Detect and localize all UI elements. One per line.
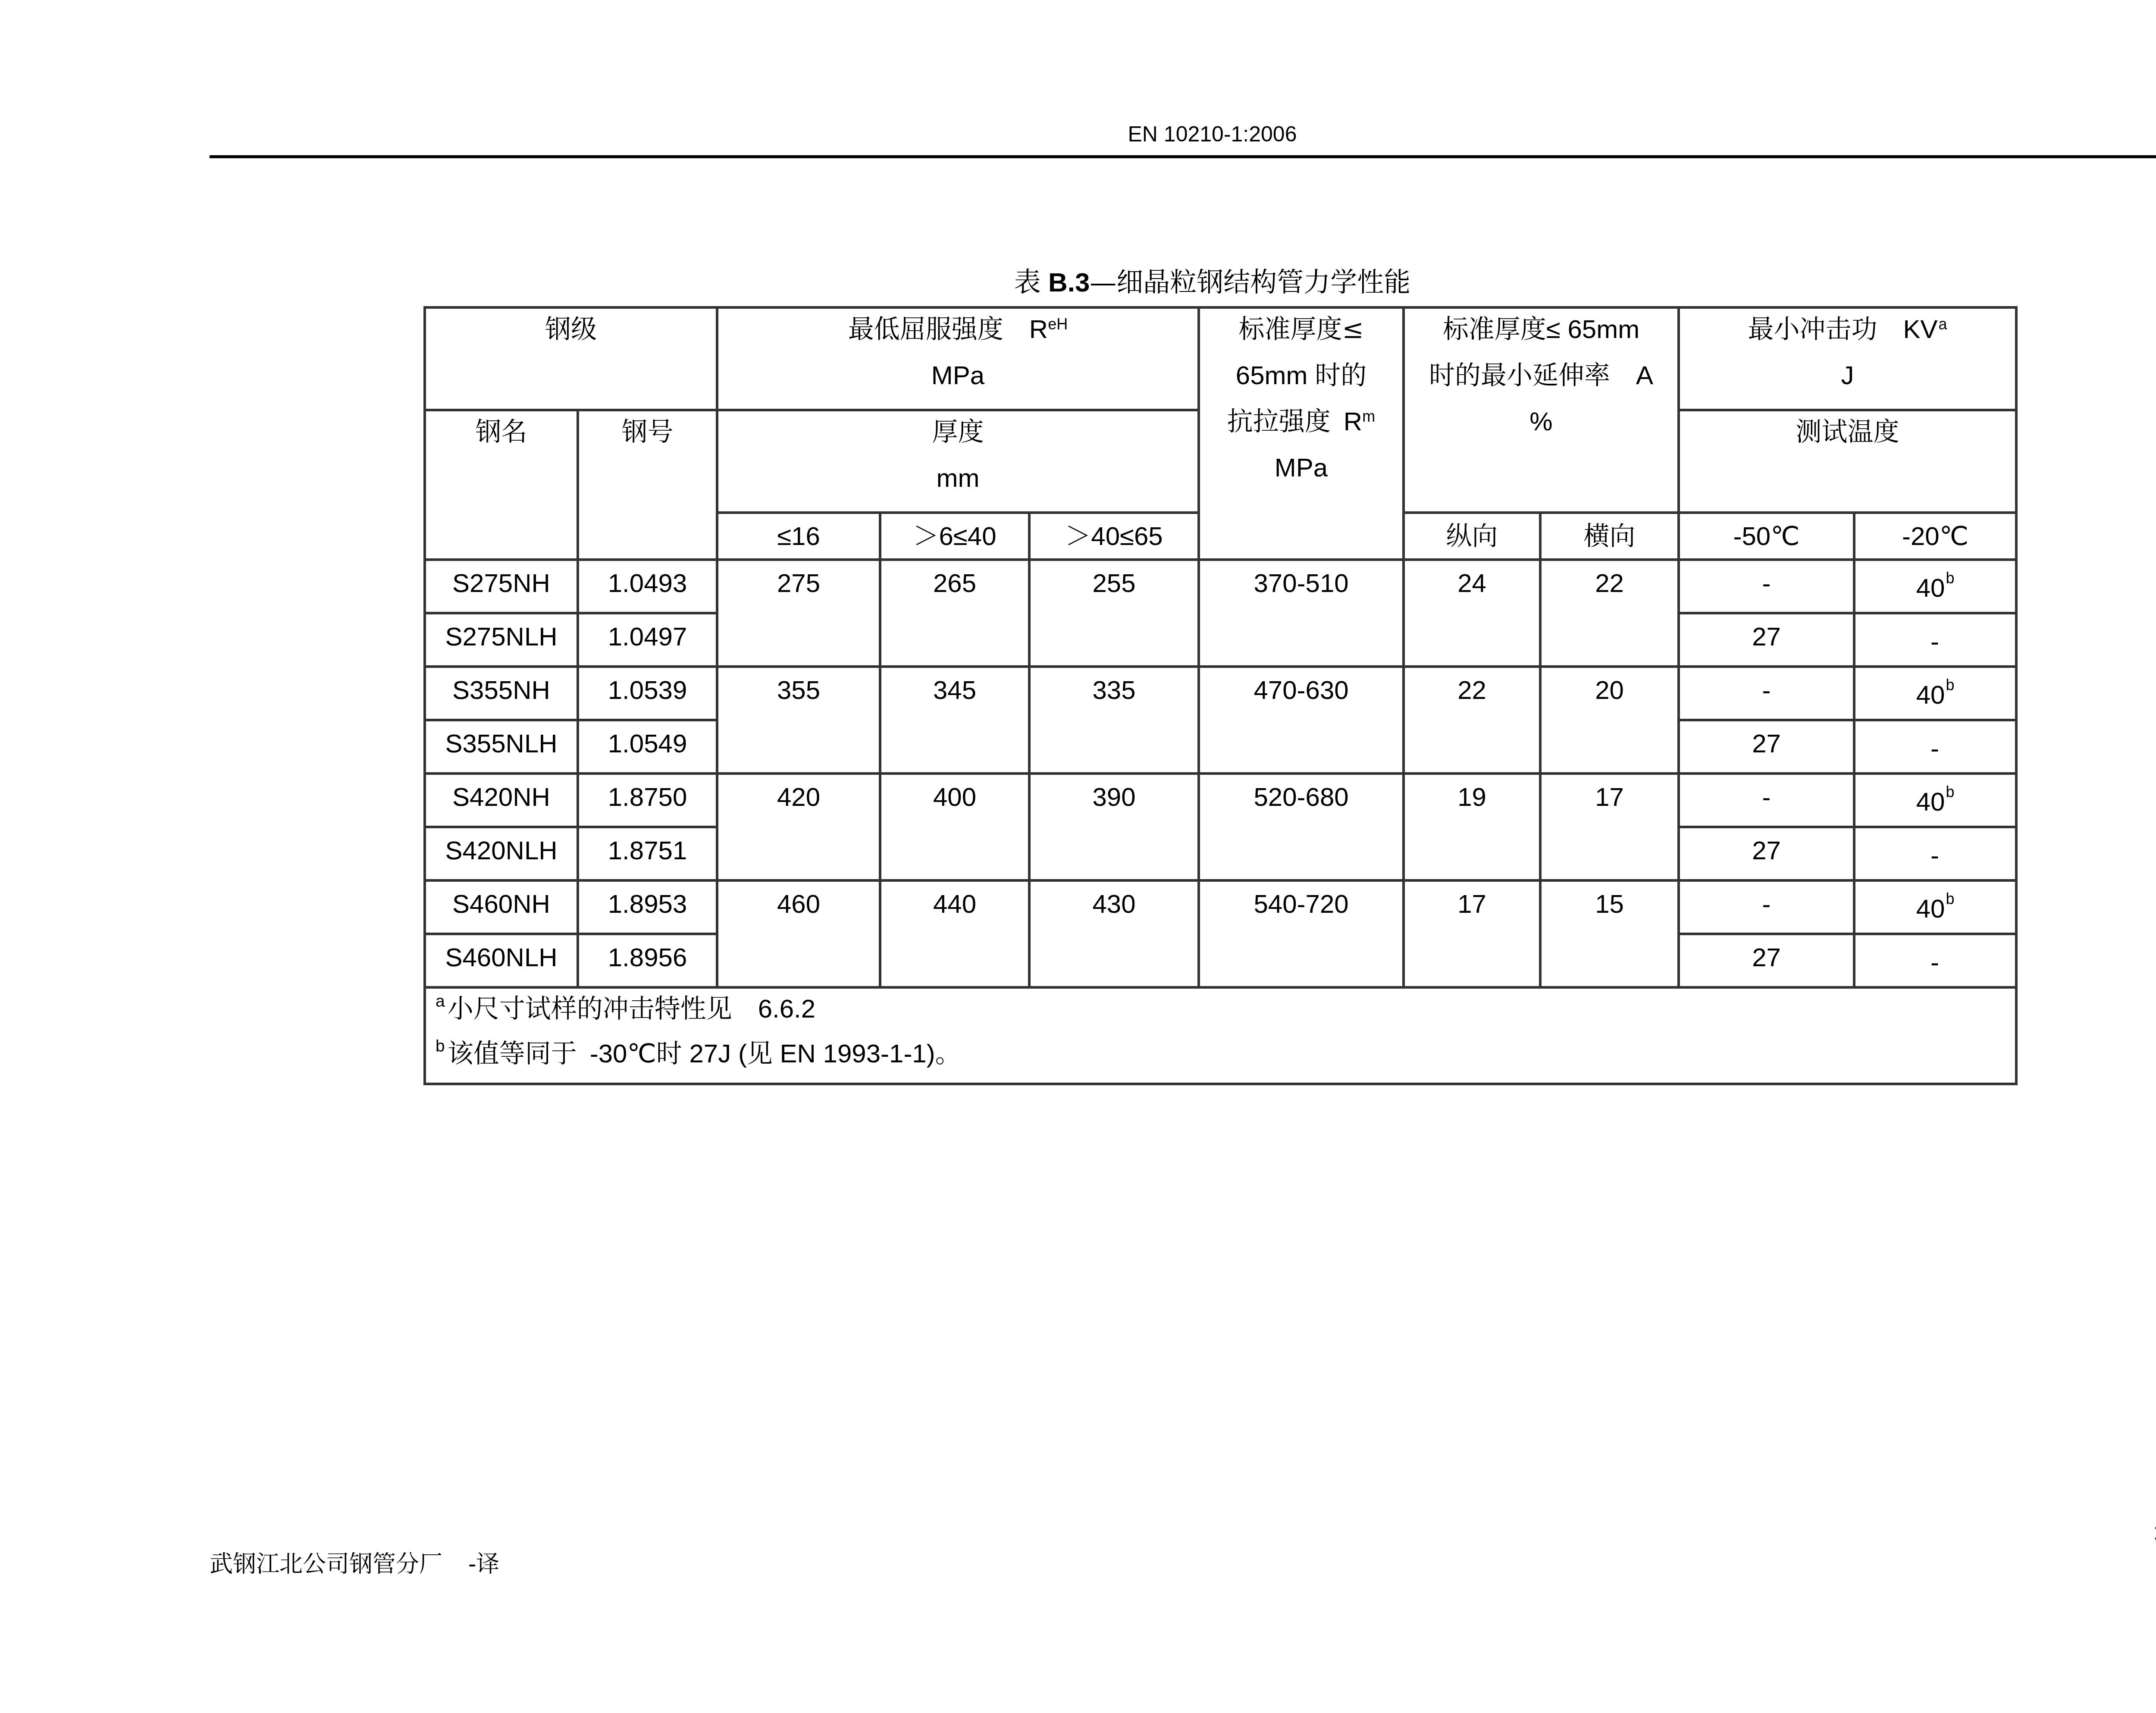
- header-min-elongation: 标准厚度≤ 65mm 时的最小延伸率A %: [1404, 307, 1679, 513]
- yield-strength-value: 420: [717, 774, 880, 880]
- document-header: EN 10210-1:2006: [0, 122, 2156, 147]
- tensile-strength-value: 470-630: [1199, 667, 1404, 774]
- notes-row: a小尺寸试样的冲击特性见6.6.2b该值等同于-30℃时 27J (见 EN 1…: [425, 987, 2016, 1084]
- footnote-mark: b: [1946, 890, 1954, 908]
- header-steel-grade: 钢级: [425, 307, 717, 410]
- impact-minus-20-value: 40b: [1854, 560, 2016, 613]
- header-rule: [210, 155, 2156, 158]
- yield-strength-value: 345: [880, 667, 1029, 774]
- footnote-mark: b: [1946, 783, 1954, 801]
- impact-minus-20-value: -: [1854, 613, 2016, 667]
- table-row: S460NH1.8953460440430540-7201715-40b: [425, 880, 2016, 934]
- steel-number: 1.8751: [578, 827, 717, 880]
- impact-minus-50-value: 27: [1679, 827, 1854, 880]
- tensile-strength-value: 520-680: [1199, 774, 1404, 880]
- header-min-yield-strength: 最低屈服强度ReH MPa: [717, 307, 1199, 410]
- yield-strength-value: 390: [1029, 774, 1199, 880]
- steel-name: S355NLH: [425, 720, 578, 774]
- steel-number: 1.8956: [578, 934, 717, 987]
- impact-minus-20-value: -: [1854, 934, 2016, 987]
- header-thickness-range-3: ＞40≤65: [1029, 513, 1199, 560]
- elongation-transverse-value: 15: [1540, 880, 1679, 987]
- impact-minus-20-value: 40b: [1854, 880, 2016, 934]
- steel-number: 1.0493: [578, 560, 717, 613]
- elongation-longitudinal-value: 22: [1404, 667, 1540, 774]
- steel-name: S420NH: [425, 774, 578, 827]
- tensile-strength-value: 540-720: [1199, 880, 1404, 987]
- table-row: S355NH1.0539355345335470-6302220-40b: [425, 667, 2016, 720]
- footnote-reference: -30℃时 27J (见 EN 1993-1-1)。: [590, 1039, 961, 1068]
- impact-minus-50-value: -: [1679, 774, 1854, 827]
- footnote-mark: b: [1946, 569, 1954, 587]
- footnote-reference: 6.6.2: [758, 994, 815, 1023]
- yield-strength-value: 400: [880, 774, 1029, 880]
- header-min-impact-energy: 最小冲击功KVa J: [1679, 307, 2016, 410]
- footnote-text: 该值等同于: [448, 1039, 577, 1069]
- yield-strength-value: 355: [717, 667, 880, 774]
- yield-strength-value: 460: [717, 880, 880, 987]
- impact-minus-20-value: -: [1854, 720, 2016, 774]
- header-test-temperature: 测试温度: [1679, 410, 2016, 513]
- header-elongation-transverse: 横向: [1540, 513, 1679, 560]
- header-steel-number: 钢号: [578, 410, 717, 560]
- yield-strength-value: 255: [1029, 560, 1199, 667]
- impact-minus-20-value: -: [1854, 827, 2016, 880]
- impact-minus-50-value: 27: [1679, 720, 1854, 774]
- table-footnotes: a小尺寸试样的冲击特性见6.6.2b该值等同于-30℃时 27J (见 EN 1…: [425, 987, 2016, 1084]
- page-number: 18 / 28: [2154, 1520, 2156, 1545]
- elongation-transverse-value: 20: [1540, 667, 1679, 774]
- steel-name: S420NLH: [425, 827, 578, 880]
- yield-strength-value: 275: [717, 560, 880, 667]
- yield-strength-value: 440: [880, 880, 1029, 987]
- impact-minus-50-value: 27: [1679, 934, 1854, 987]
- page-current: 18: [2154, 1520, 2156, 1544]
- steel-number: 1.8953: [578, 880, 717, 934]
- elongation-longitudinal-value: 19: [1404, 774, 1540, 880]
- footnote-text: 小尺寸试样的冲击特性见: [448, 994, 732, 1024]
- footnote-mark: b: [1946, 676, 1954, 694]
- steel-name: S460NH: [425, 880, 578, 934]
- elongation-transverse-value: 22: [1540, 560, 1679, 667]
- standard-id: EN 10210-1:2006: [1128, 122, 1297, 146]
- caption-table-number: B.3: [1048, 268, 1090, 298]
- table-row: S275NH1.0493275265255370-5102422-40b: [425, 560, 2016, 613]
- impact-minus-50-value: -: [1679, 560, 1854, 613]
- header-elongation-longitudinal: 纵向: [1404, 513, 1540, 560]
- steel-number: 1.8750: [578, 774, 717, 827]
- header-thickness-range-2: ＞6≤40: [880, 513, 1029, 560]
- yield-strength-value: 430: [1029, 880, 1199, 987]
- steel-name: S355NH: [425, 667, 578, 720]
- footnote: b该值等同于-30℃时 27J (见 EN 1993-1-1)。: [436, 1038, 2015, 1083]
- header-thickness-range-1: ≤16: [717, 513, 880, 560]
- footnote-mark: a: [436, 992, 445, 1011]
- steel-name: S460NLH: [425, 934, 578, 987]
- elongation-transverse-value: 17: [1540, 774, 1679, 880]
- impact-minus-20-value: 40b: [1854, 774, 2016, 827]
- steel-name: S275NH: [425, 560, 578, 613]
- steel-number: 1.0539: [578, 667, 717, 720]
- elongation-longitudinal-value: 24: [1404, 560, 1540, 667]
- elongation-longitudinal-value: 17: [1404, 880, 1540, 987]
- header-thickness: 厚度 mm: [717, 410, 1199, 513]
- steel-number: 1.0549: [578, 720, 717, 774]
- header-steel-name: 钢名: [425, 410, 578, 560]
- impact-minus-50-value: -: [1679, 880, 1854, 934]
- tensile-strength-value: 370-510: [1199, 560, 1404, 667]
- caption-title: —细晶粒钢结构管力学性能: [1090, 266, 1410, 298]
- yield-strength-value: 335: [1029, 667, 1199, 774]
- caption-prefix: 表: [1014, 266, 1041, 298]
- footnote-mark: b: [436, 1037, 445, 1055]
- impact-minus-50-value: 27: [1679, 613, 1854, 667]
- footnote: a小尺寸试样的冲击特性见6.6.2: [436, 993, 2015, 1038]
- impact-minus-20-value: 40b: [1854, 667, 2016, 720]
- table-row: S420NH1.8750420400390520-6801917-40b: [425, 774, 2016, 827]
- table-caption: 表 B.3—细晶粒钢结构管力学性能: [0, 261, 2156, 299]
- footer-translator: 武钢江北公司钢管分厂-译: [210, 1546, 499, 1579]
- steel-number: 1.0497: [578, 613, 717, 667]
- header-temp-minus-50: -50℃: [1679, 513, 1854, 560]
- header-temp-minus-20: -20℃: [1854, 513, 2016, 560]
- steel-name: S275NLH: [425, 613, 578, 667]
- mechanical-properties-table: 钢级 最低屈服强度ReH MPa 标准厚度≤ 65mm 时的 抗拉强度Rm MP…: [423, 306, 2018, 1085]
- impact-minus-50-value: -: [1679, 667, 1854, 720]
- header-tensile-strength: 标准厚度≤ 65mm 时的 抗拉强度Rm MPa: [1199, 307, 1404, 560]
- yield-strength-value: 265: [880, 560, 1029, 667]
